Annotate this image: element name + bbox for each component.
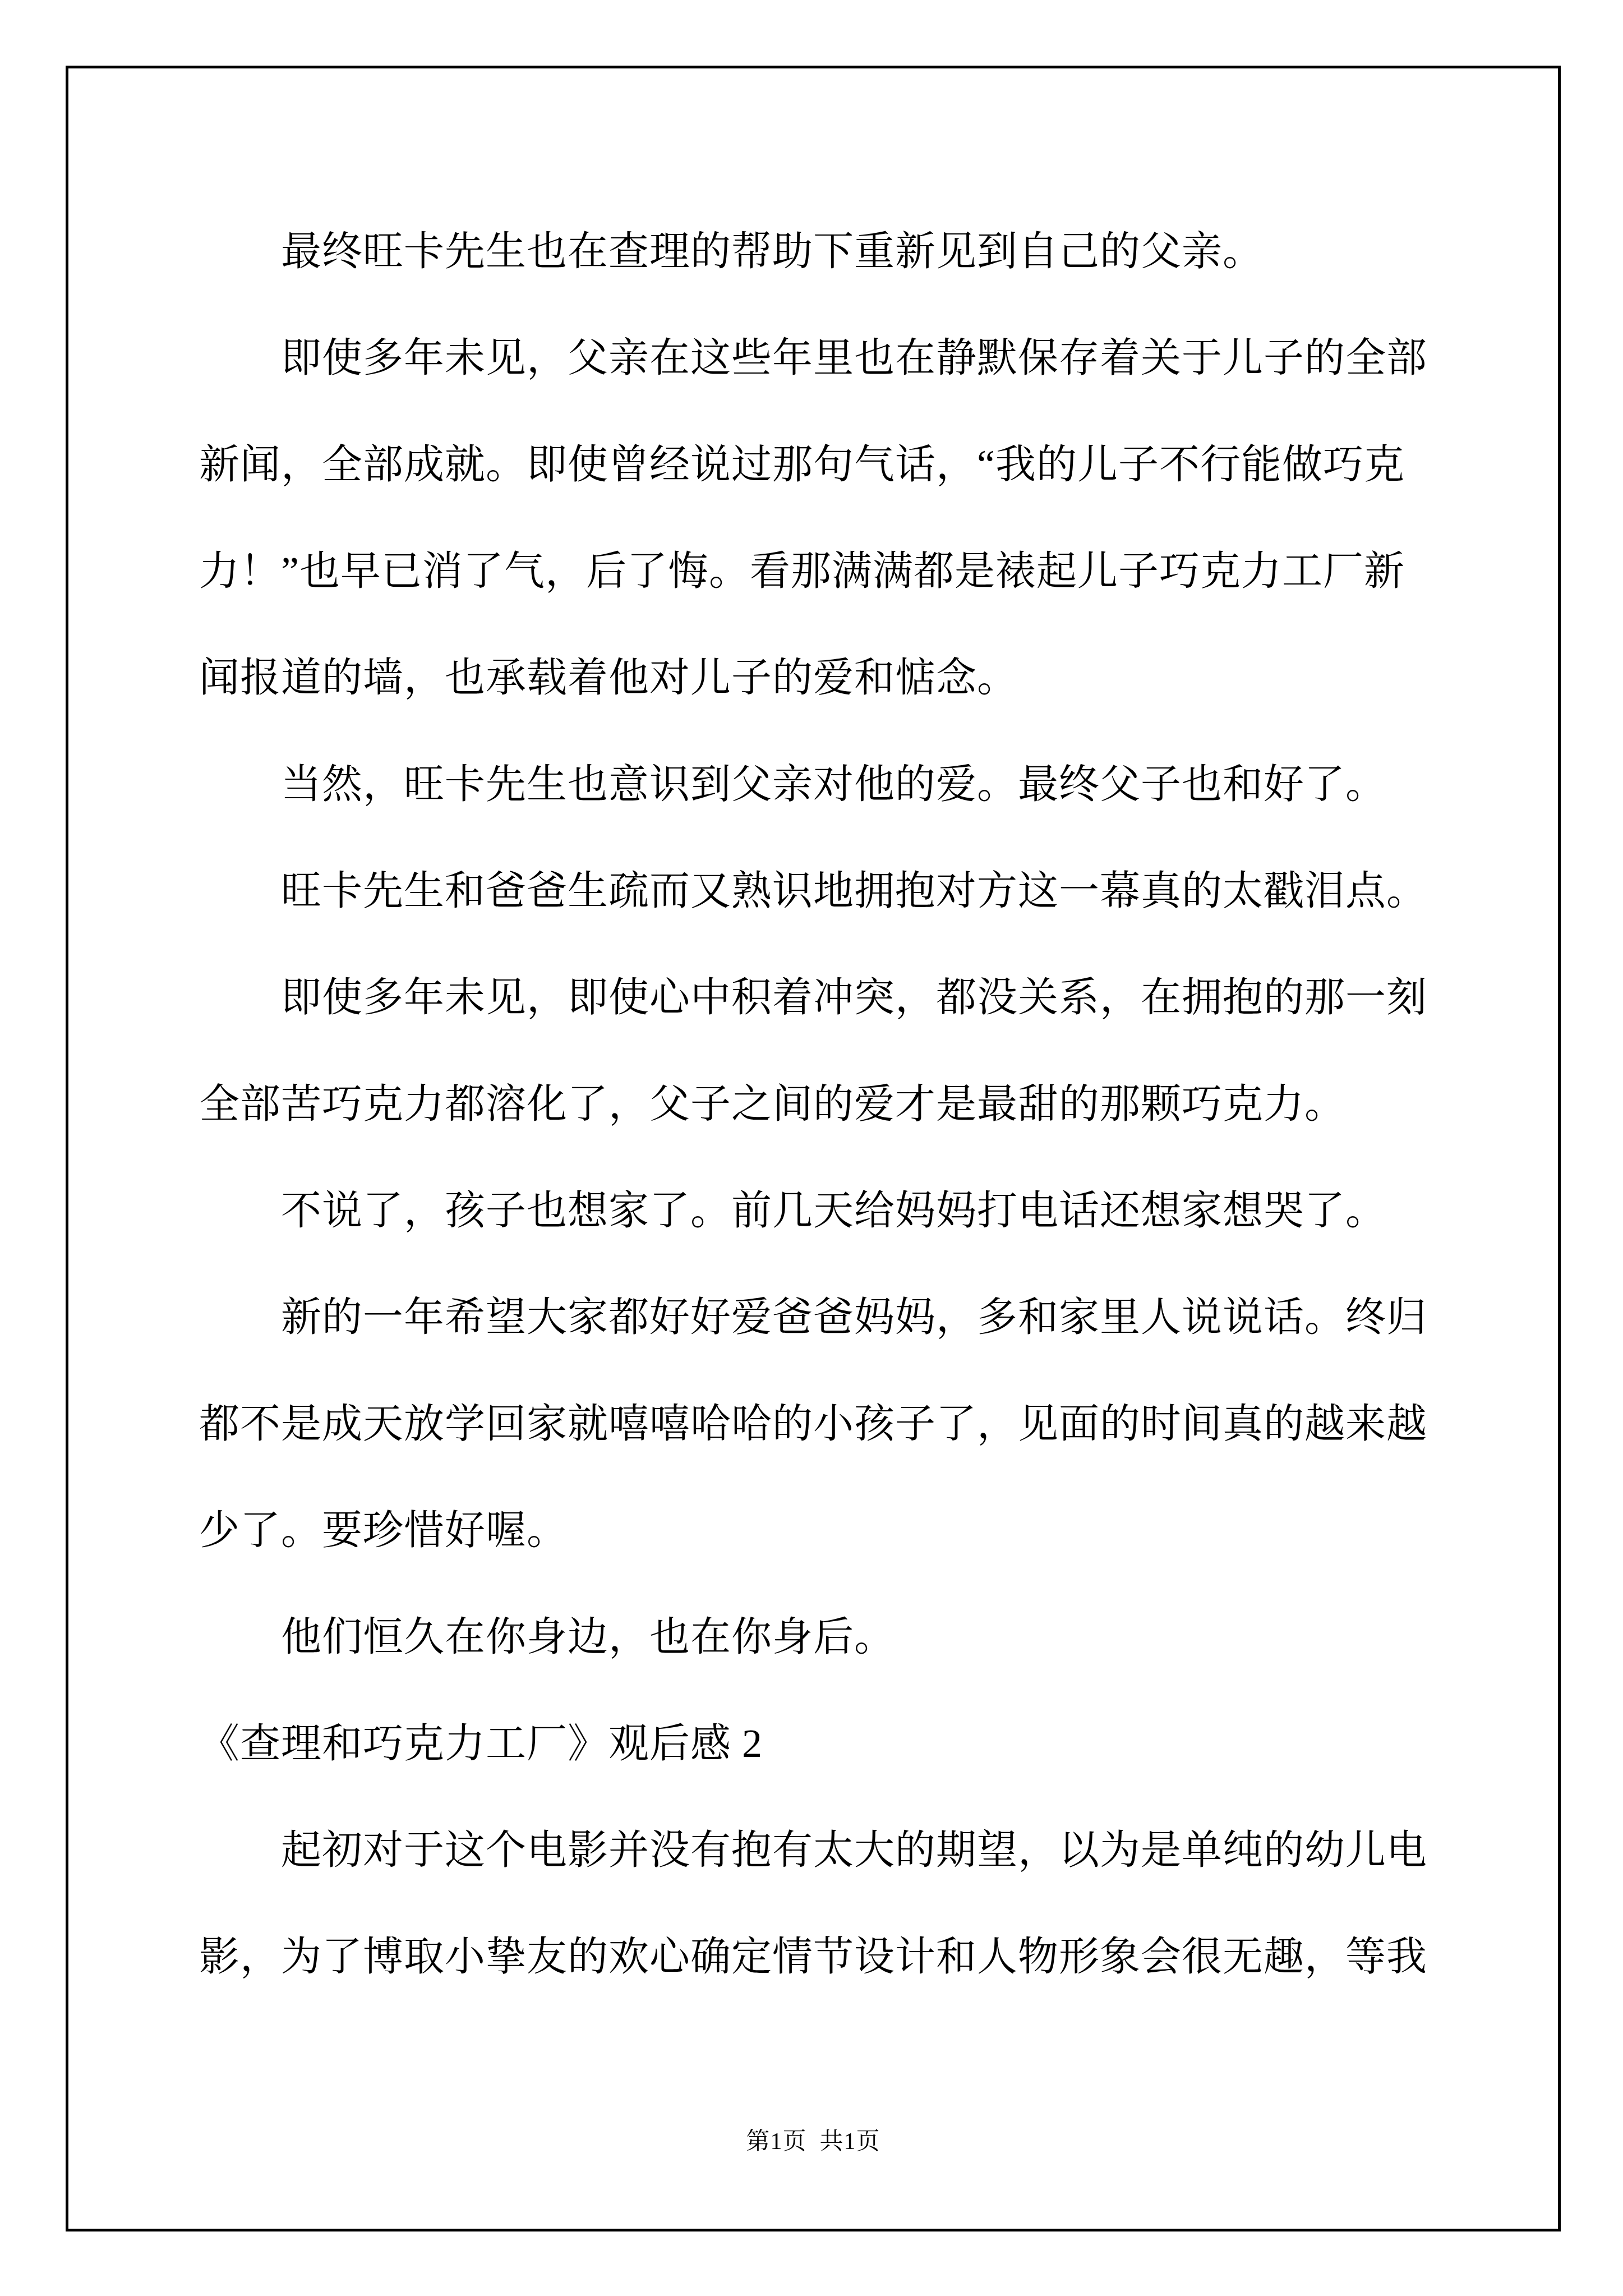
text-line: 旺卡先生和爸爸生疏而又熟识地拥抱对方这一幕真的太戳泪点。 bbox=[199, 838, 1428, 944]
text-line: 都不是成天放学回家就嘻嘻哈哈的小孩子了，见面的时间真的越来越 bbox=[199, 1370, 1428, 1477]
document-body: 最终旺卡先生也在查理的帮助下重新见到自己的父亲。 即使多年未见，父亲在这些年里也… bbox=[199, 198, 1428, 2010]
text-line: 当然，旺卡先生也意识到父亲对他的爱。最终父子也和好了。 bbox=[199, 731, 1428, 838]
text-line: 新闻，全部成就。即使曾经说过那句气话，“我的儿子不行能做巧克 bbox=[199, 411, 1428, 518]
page-footer: 第1页 共1页 bbox=[66, 2125, 1561, 2159]
text-line: 全部苦巧克力都溶化了，父子之间的爱才是最甜的那颗巧克力。 bbox=[199, 1051, 1428, 1157]
text-line: 新的一年希望大家都好好爱爸爸妈妈，多和家里人说说话。终归 bbox=[199, 1264, 1428, 1370]
text-line: 即使多年未见，父亲在这些年里也在静默保存着关于儿子的全部 bbox=[199, 305, 1428, 411]
document-page: 最终旺卡先生也在查理的帮助下重新见到自己的父亲。 即使多年未见，父亲在这些年里也… bbox=[0, 0, 1623, 2296]
text-line: 起初对于这个电影并没有抱有太大的期望，以为是单纯的幼儿电 bbox=[199, 1797, 1428, 1903]
text-line: 少了。要珍惜好喔。 bbox=[199, 1477, 1428, 1584]
section-heading: 《查理和巧克力工厂》观后感 2 bbox=[199, 1690, 1428, 1797]
text-line: 力！”也早已消了气，后了悔。看那满满都是裱起儿子巧克力工厂新 bbox=[199, 518, 1428, 624]
text-line: 不说了，孩子也想家了。前几天给妈妈打电话还想家想哭了。 bbox=[199, 1157, 1428, 1264]
text-line: 他们恒久在你身边，也在你身后。 bbox=[199, 1584, 1428, 1690]
text-line: 最终旺卡先生也在查理的帮助下重新见到自己的父亲。 bbox=[199, 198, 1428, 305]
text-line: 闻报道的墙，也承载着他对儿子的爱和惦念。 bbox=[199, 624, 1428, 731]
text-line: 影，为了博取小挚友的欢心确定情节设计和人物形象会很无趣，等我 bbox=[199, 1903, 1428, 2010]
text-line: 即使多年未见，即使心中积着冲突，都没关系，在拥抱的那一刻 bbox=[199, 944, 1428, 1051]
